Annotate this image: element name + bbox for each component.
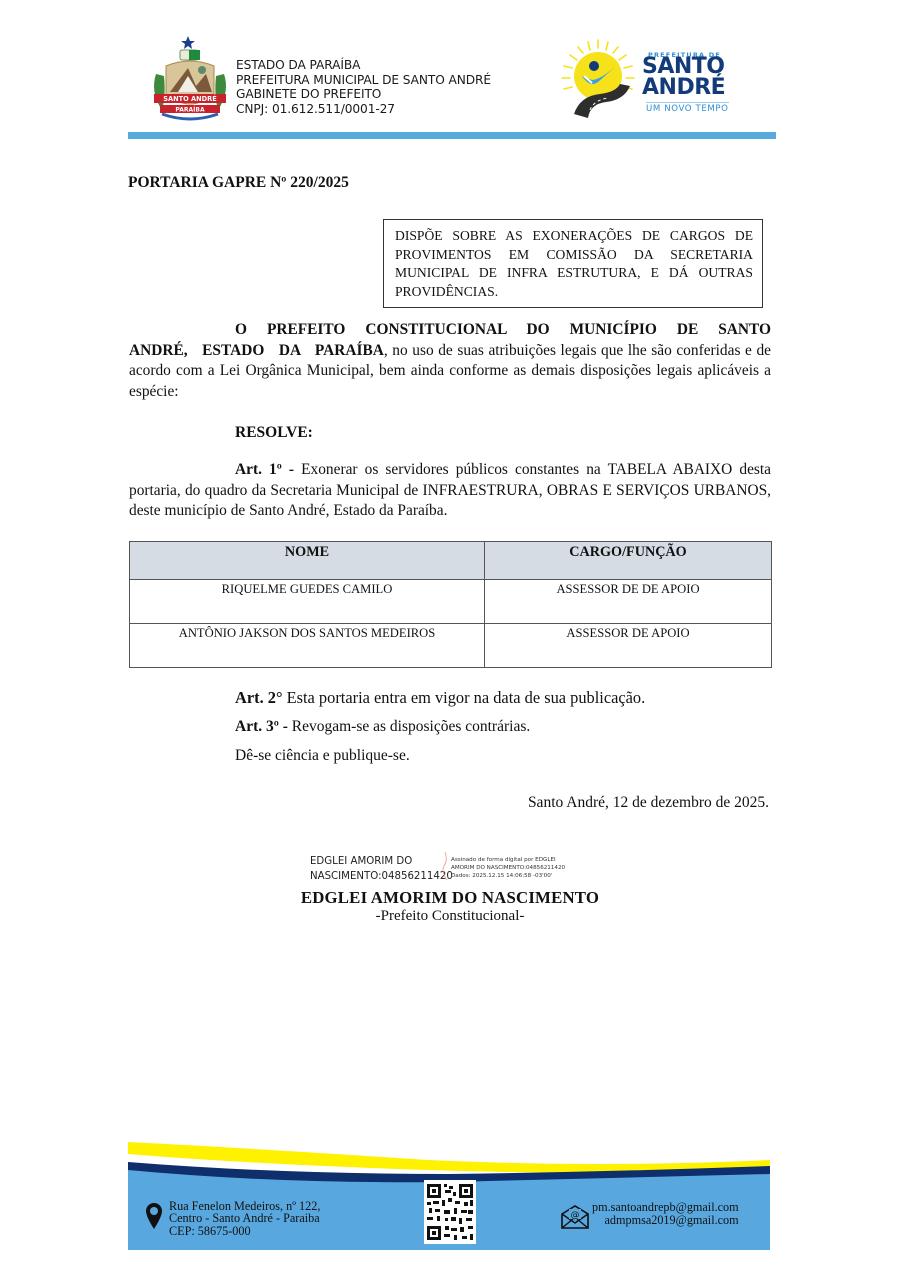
table-header-row: NOME CARGO/FUNÇÃO <box>130 542 772 580</box>
brand-tagline: UM NOVO TEMPO <box>646 102 729 114</box>
municipal-crest-icon: SANTO ANDRÉ PARAÍBA <box>148 34 232 122</box>
article-1-label: Art. 1º - <box>235 461 294 478</box>
article-2-label: Art. 2° <box>235 688 283 707</box>
employee-position: ASSESSOR DE APOIO <box>485 624 772 668</box>
svg-text:PARAÍBA: PARAÍBA <box>175 106 205 114</box>
signature-details: Assinado de forma digital por EDGLEI AMO… <box>451 856 565 880</box>
svg-text:@: @ <box>571 1211 580 1221</box>
place-and-date: Santo André, 12 de dezembro de 2025. <box>528 794 769 812</box>
article-2: Art. 2° Esta portaria entra em vigor na … <box>235 688 645 708</box>
article-3-text: Revogam-se as disposições contrárias. <box>288 718 530 735</box>
employee-name: ANTÔNIO JAKSON DOS SANTOS MEDEIROS <box>130 624 485 668</box>
signer-name: EDGLEI AMORIM DO NASCIMENTO <box>0 888 900 908</box>
intro-paragraph: O PREFEITO CONSTITUCIONAL DO MUNICÍPIO D… <box>129 320 771 402</box>
column-header-name: NOME <box>130 542 485 580</box>
article-3-label: Art. 3º - <box>235 718 288 735</box>
institution-block: ESTADO DA PARAÍBA PREFEITURA MUNICIPAL D… <box>236 58 491 116</box>
cnpj: CNPJ: 01.612.511/0001-27 <box>236 102 491 117</box>
employee-name: RIQUELME GUEDES CAMILO <box>130 580 485 624</box>
signer-role: -Prefeito Constitucional- <box>0 908 900 925</box>
article-1-text: Exonerar os servidores públicos constant… <box>129 461 771 519</box>
footer-address: Rua Fenelon Medeiros, nº 122, Centro - S… <box>169 1200 320 1237</box>
svg-text:SANTO ANDRÉ: SANTO ANDRÉ <box>163 94 217 103</box>
footer-emails: pm.santoandrepb@gmail.com admpmsa2019@gm… <box>592 1201 739 1227</box>
column-header-position: CARGO/FUNÇÃO <box>485 542 772 580</box>
email-secondary[interactable]: admpmsa2019@gmail.com <box>592 1214 739 1227</box>
office-name: GABINETE DO PREFEITO <box>236 87 491 102</box>
table-row: RIQUELME GUEDES CAMILO ASSESSOR DE DE AP… <box>130 580 772 624</box>
state-name: ESTADO DA PARAÍBA <box>236 58 491 73</box>
signature-stroke-icon <box>440 850 450 882</box>
certificate-holder: EDGLEI AMORIM DO NASCIMENTO:04856211420 <box>310 855 453 884</box>
employee-position: ASSESSOR DE DE APOIO <box>485 580 772 624</box>
qr-code[interactable] <box>424 1180 476 1244</box>
table-row: ANTÔNIO JAKSON DOS SANTOS MEDEIROS ASSES… <box>130 624 772 668</box>
header-divider-bar <box>128 132 776 139</box>
ementa-box: DISPÕE SOBRE AS EXONERAÇÕES DE CARGOS DE… <box>383 219 763 308</box>
publication-order: Dê-se ciência e publique-se. <box>235 747 410 765</box>
article-2-text: Esta portaria entra em vigor na data de … <box>283 688 646 707</box>
brand-name: SANTO ANDRÉ <box>642 56 725 98</box>
resolve-heading: RESOLVE: <box>235 424 313 442</box>
document-title: PORTARIA GAPRE Nº 220/2025 <box>128 174 349 192</box>
exoneration-table: NOME CARGO/FUNÇÃO RIQUELME GUEDES CAMILO… <box>129 541 772 668</box>
page-footer: Rua Fenelon Medeiros, nº 122, Centro - S… <box>128 1140 770 1250</box>
prefecture-name: PREFEITURA MUNICIPAL DE SANTO ANDRÉ <box>236 73 491 88</box>
article-3: Art. 3º - Revogam-se as disposições cont… <box>235 718 530 736</box>
article-1: Art. 1º - Exonerar os servidores público… <box>129 460 771 522</box>
envelope-at-icon: @ <box>560 1204 590 1230</box>
location-pin-icon <box>145 1202 163 1230</box>
